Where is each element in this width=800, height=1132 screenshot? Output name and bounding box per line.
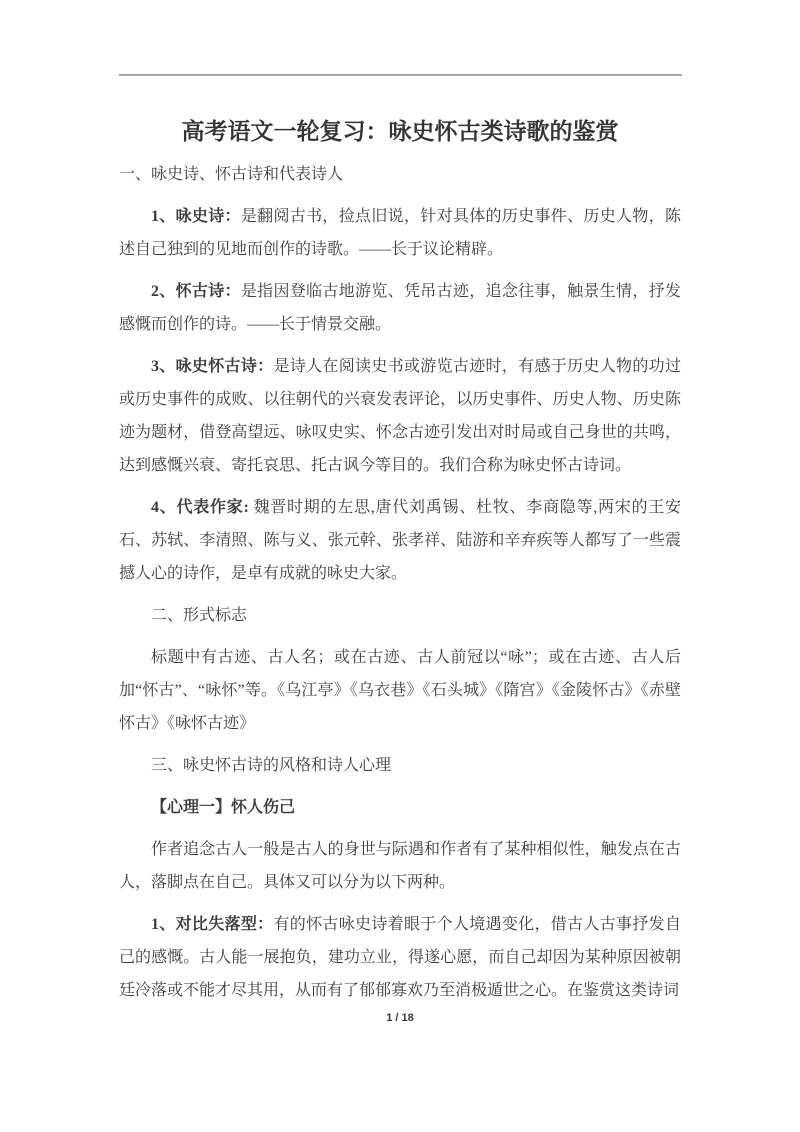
section-2-heading: 二、形式标志 bbox=[119, 599, 681, 632]
paragraph-yongshi-huaigu-poem: 3、咏史怀古诗：是诗人在阅读史书或游览古迹时，有感于历史人物的功过或历史事件的成… bbox=[119, 350, 681, 482]
paragraph-text: 是诗人在阅读史书或游览古迹时，有感于历史人物的功过或历史事件的成败、以往朝代的兴… bbox=[119, 358, 681, 474]
paragraph-lead: 2、怀古诗： bbox=[151, 283, 241, 300]
paragraph-huairen-shangji: 作者追念古人一般是古人的身世与际遇和作者有了某种相似性，触发点在古人，落脚点在自… bbox=[119, 833, 681, 899]
document-content: 高考语文一轮复习：咏史怀古类诗歌的鉴赏 一、咏史诗、怀古诗和代表诗人 1、咏史诗… bbox=[119, 117, 681, 1016]
section-1-heading: 一、咏史诗、怀古诗和代表诗人 bbox=[119, 158, 681, 191]
page-number: 1 / 18 bbox=[0, 1012, 800, 1024]
paragraph-lead: 4、代表作家: bbox=[151, 499, 249, 516]
subheading-psychology-1: 【心理一】怀人伤己 bbox=[119, 791, 681, 824]
paragraph-yongshi-poem: 1、咏史诗：是翻阅古书，捡点旧说，针对具体的历史事件、历史人物，陈述自己独到的见… bbox=[119, 200, 681, 266]
paragraph-lead: 3、咏史怀古诗： bbox=[151, 358, 274, 375]
paragraph-representative-writers: 4、代表作家: 魏晋时期的左思,唐代刘禹锡、杜牧、李商隐等,两宋的王安石、苏轼、… bbox=[119, 491, 681, 590]
paragraph-contrast-loss-type: 1、对比失落型：有的怀古咏史诗着眼于个人境遇变化，借古人古事抒发自己的感慨。古人… bbox=[119, 908, 681, 1007]
section-3-heading: 三、咏史怀古诗的风格和诗人心理 bbox=[119, 749, 681, 782]
header-rule bbox=[119, 74, 682, 76]
paragraph-form-markers: 标题中有古迹、古人名；或在古迹、古人前冠以“咏”；或在古迹、古人后加“怀古”、“… bbox=[119, 641, 681, 740]
paragraph-huaigu-poem: 2、怀古诗：是指因登临古地游览、凭吊古迹，追念往事，触景生情，抒发感慨而创作的诗… bbox=[119, 275, 681, 341]
paragraph-lead: 1、咏史诗： bbox=[151, 208, 241, 225]
document-page: 高考语文一轮复习：咏史怀古类诗歌的鉴赏 一、咏史诗、怀古诗和代表诗人 1、咏史诗… bbox=[0, 0, 800, 1132]
document-title: 高考语文一轮复习：咏史怀古类诗歌的鉴赏 bbox=[119, 117, 681, 147]
paragraph-lead: 1、对比失落型： bbox=[151, 916, 274, 933]
